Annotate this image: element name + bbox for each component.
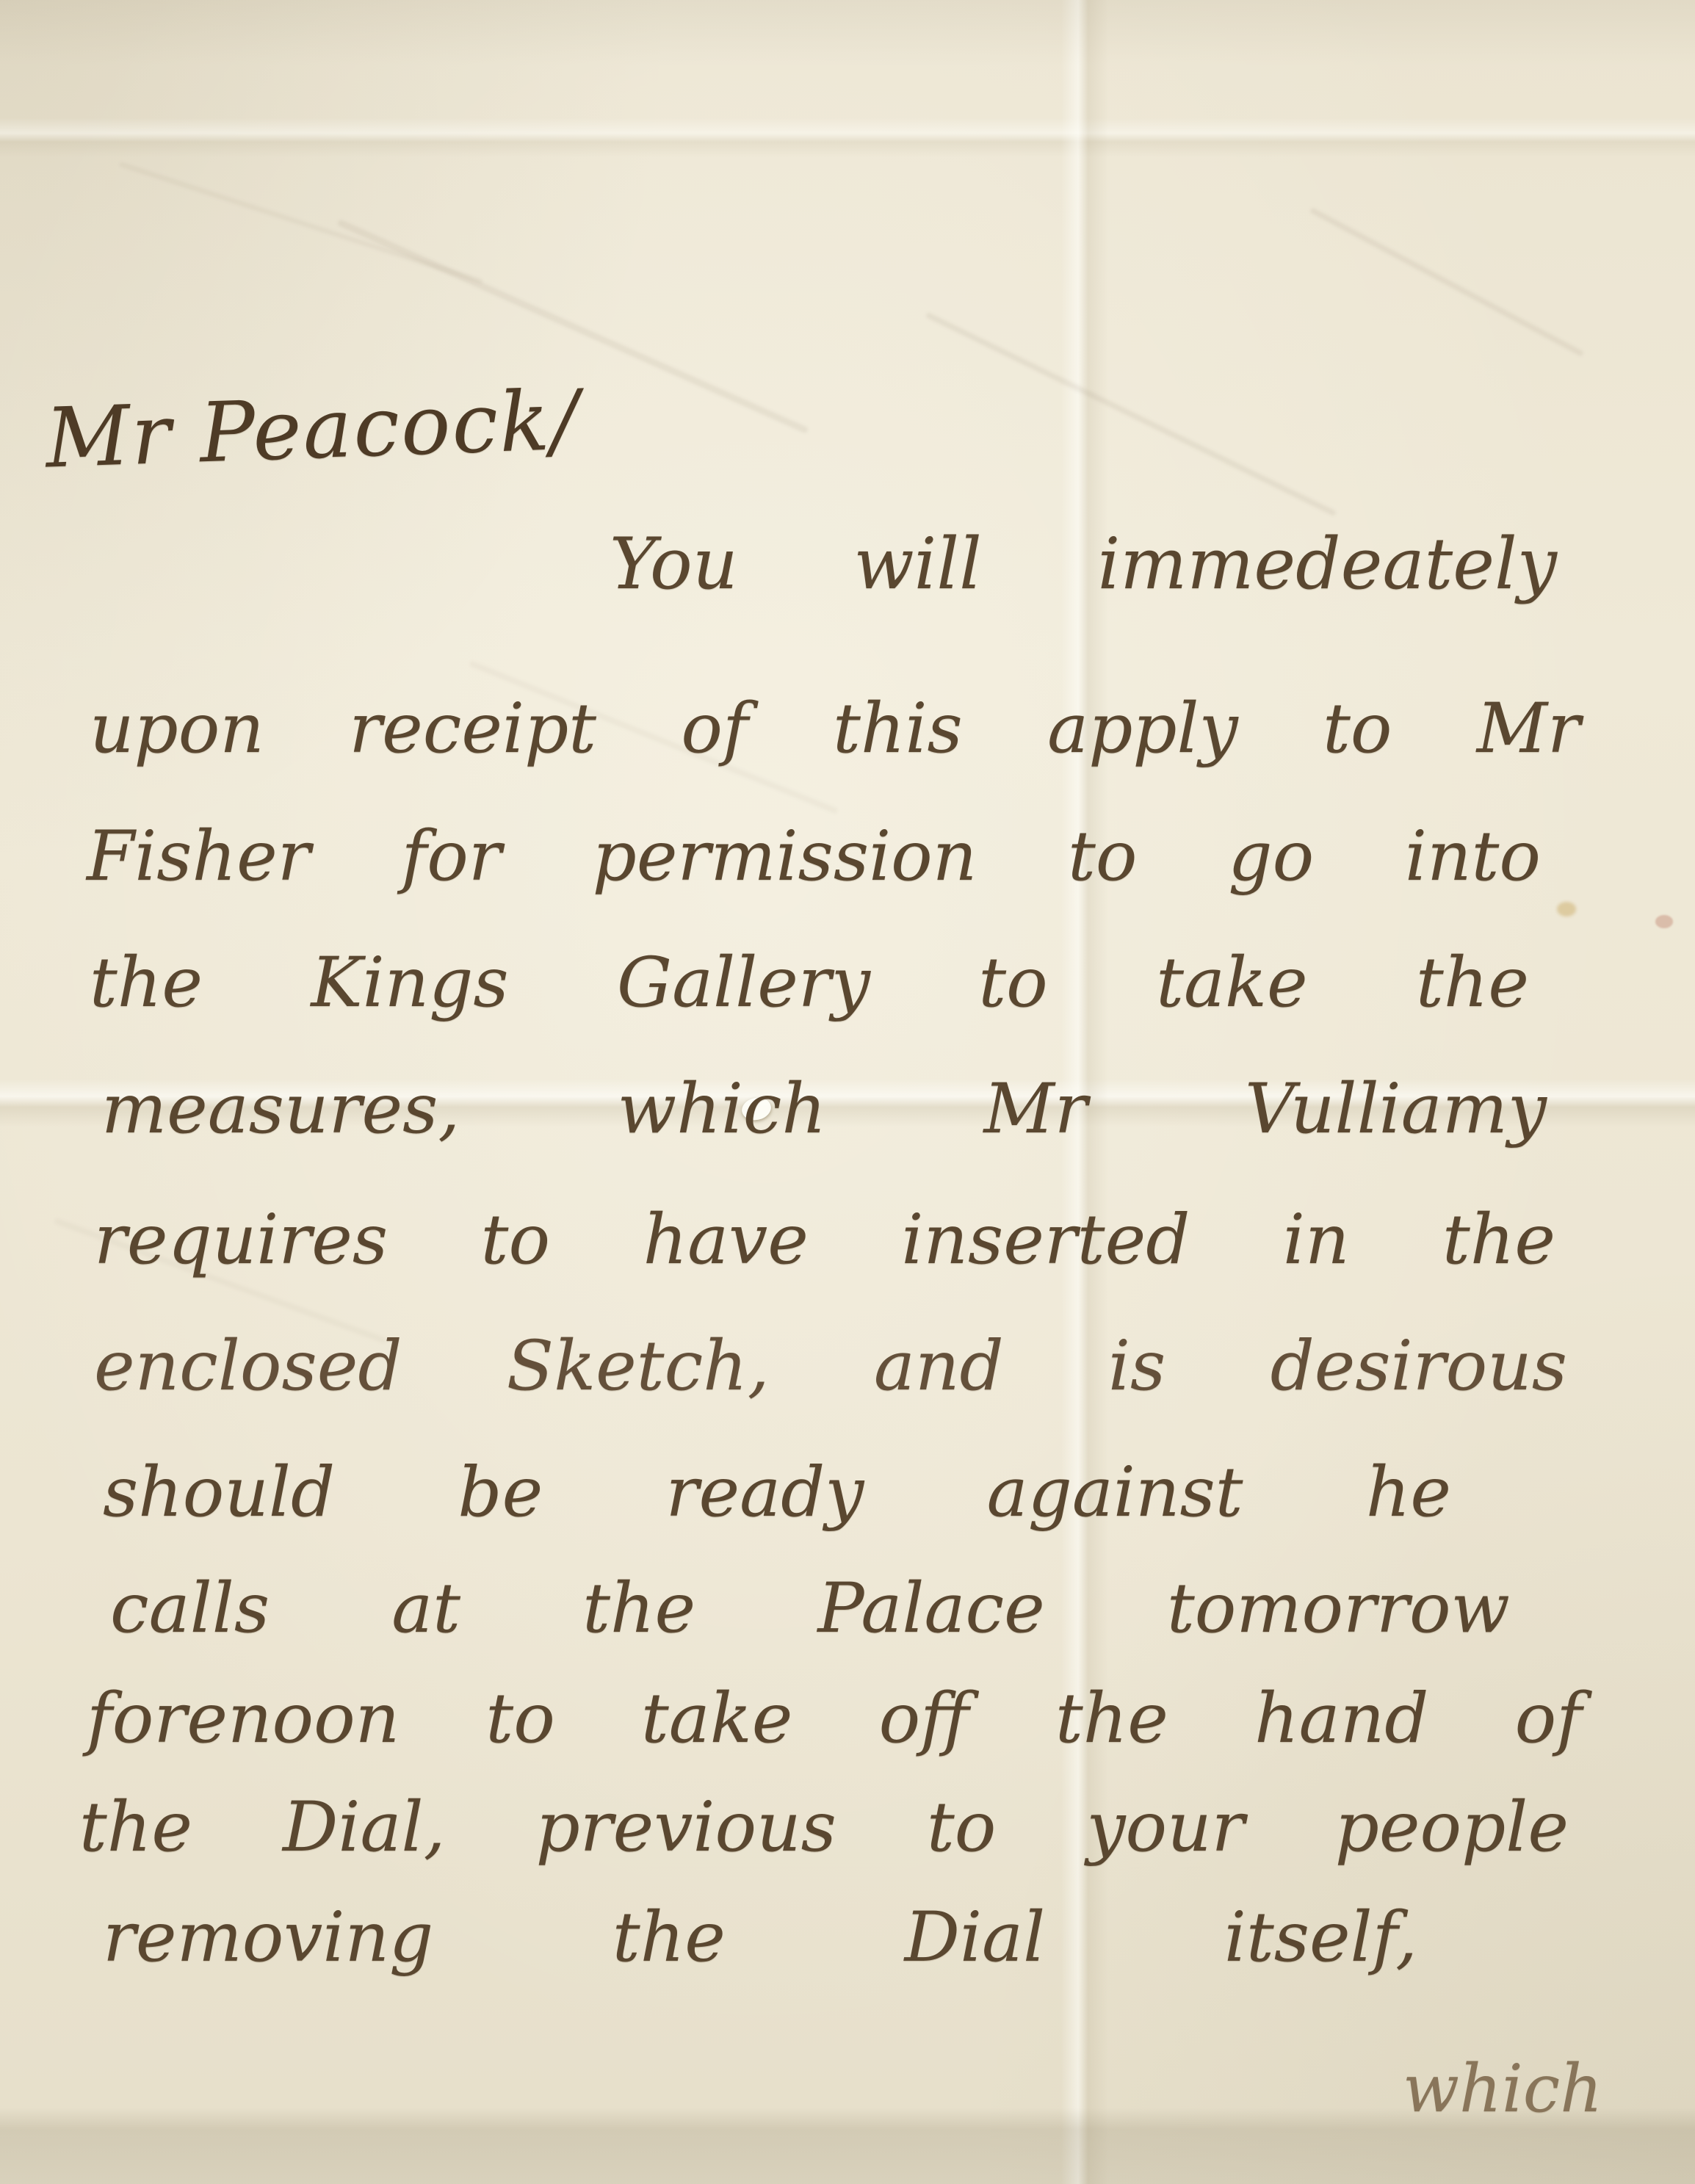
letter-line: upon receipt of this apply to Mr	[90, 689, 1580, 769]
letter-line: forenoon to take off the hand of	[87, 1679, 1582, 1759]
letter-line: calls at the Palace tomorrow	[110, 1569, 1510, 1649]
ink-stain	[1557, 902, 1576, 916]
letter-line: measures, which Mr Vulliamy	[101, 1069, 1547, 1149]
letter-line: removing the Dial itself,	[103, 1898, 1417, 1978]
salutation: Mr Peacock/	[44, 372, 582, 486]
letter-line: the Kings Gallery to take the	[90, 943, 1529, 1023]
letter-opening-line: You will immedeately	[610, 523, 1557, 605]
letter-line: requires to have inserted in the	[94, 1200, 1555, 1280]
letter-line: should be ready against he	[103, 1453, 1451, 1533]
letter-line: the Dial, previous to your people	[79, 1787, 1569, 1867]
ink-stain	[1655, 915, 1673, 928]
show-through-mark	[1309, 207, 1585, 357]
show-through-mark	[925, 312, 1337, 517]
show-through-mark	[119, 162, 484, 284]
letter-line: Fisher for permission to go into	[87, 817, 1541, 897]
catchword: which	[1403, 2050, 1602, 2127]
letter-line: enclosed Sketch, and is desirous	[94, 1326, 1567, 1406]
letter-page: Mr Peacock/ You will immedeately upon re…	[0, 0, 1695, 2184]
